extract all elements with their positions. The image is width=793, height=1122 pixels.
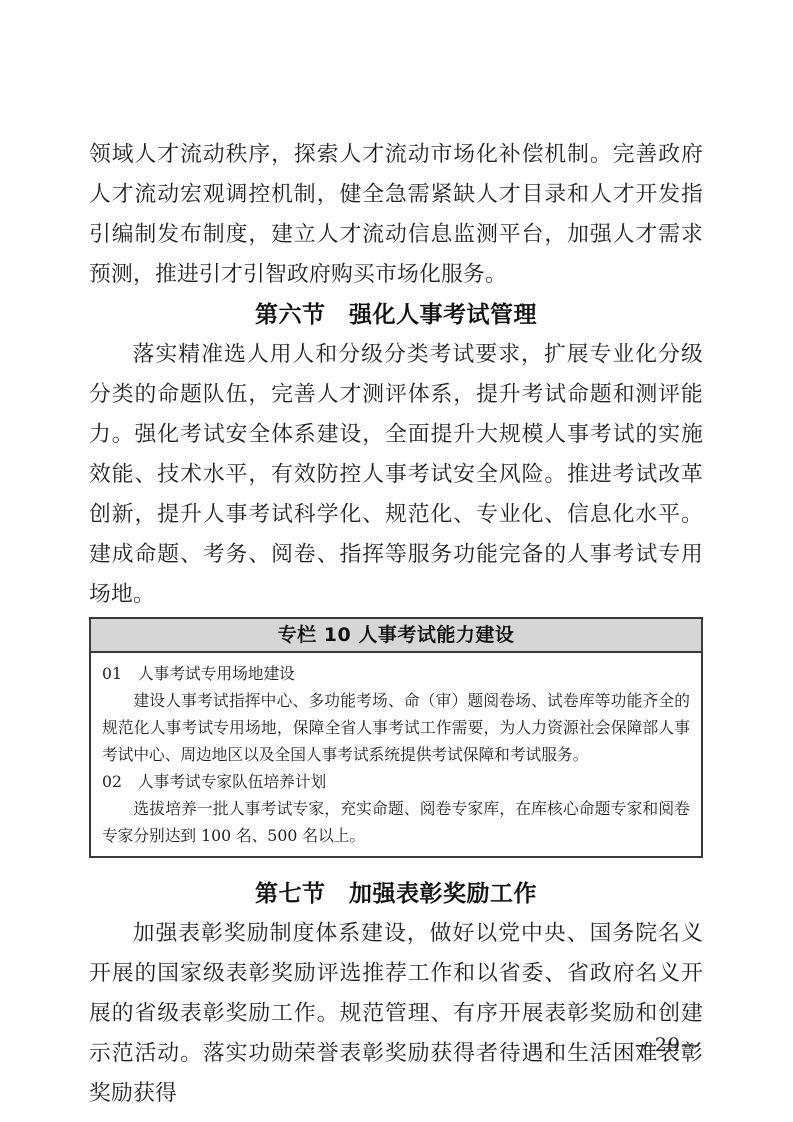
box-item-2-title: 人事考试专家队伍培养计划 bbox=[138, 768, 326, 795]
column-box-body: 01 人事考试专用场地建设 建设人事考试指挥中心、多功能考场、命（审）题阅卷场、… bbox=[91, 653, 701, 856]
paragraph-section7: 加强表彰奖励制度体系建设，做好以党中央、国务院名义开展的国家级表彰奖励评选推荐工… bbox=[89, 914, 703, 1114]
box-item-2-body: 选拔培养一批人事考试专家，充实命题、阅卷专家库，在库核心命题专家和阅卷专家分别达… bbox=[102, 795, 690, 849]
box-item-1-number: 01 bbox=[102, 660, 122, 687]
column-box-10: 专栏 10 人事考试能力建设 01 人事考试专用场地建设 建设人事考试指挥中心、… bbox=[89, 617, 703, 858]
box-item-2-head: 02 人事考试专家队伍培养计划 bbox=[102, 768, 690, 795]
box-item-1: 01 人事考试专用场地建设 建设人事考试指挥中心、多功能考场、命（审）题阅卷场、… bbox=[102, 660, 690, 768]
page-content: 领域人才流动秩序，探索人才流动市场化补偿机制。完善政府人才流动宏观调控机制，健全… bbox=[89, 135, 703, 1114]
column-box-title: 专栏 10 人事考试能力建设 bbox=[91, 619, 701, 653]
paragraph-continued: 领域人才流动秩序，探索人才流动市场化补偿机制。完善政府人才流动宏观调控机制，健全… bbox=[89, 135, 703, 295]
box-item-1-title: 人事考试专用场地建设 bbox=[138, 660, 295, 687]
section-heading-7: 第七节 加强表彰奖励工作 bbox=[89, 874, 703, 914]
box-item-2-number: 02 bbox=[102, 768, 122, 795]
spacer bbox=[89, 858, 703, 874]
box-item-1-body: 建设人事考试指挥中心、多功能考场、命（审）题阅卷场、试卷库等功能齐全的规范化人事… bbox=[102, 687, 690, 768]
box-item-1-head: 01 人事考试专用场地建设 bbox=[102, 660, 690, 687]
paragraph-section6: 落实精准选人用人和分级分类考试要求，扩展专业化分级分类的命题队伍，完善人才测评体… bbox=[89, 335, 703, 615]
box-item-2: 02 人事考试专家队伍培养计划 选拔培养一批人事考试专家，充实命题、阅卷专家库，… bbox=[102, 768, 690, 849]
page-number: —29— bbox=[635, 1034, 701, 1056]
document-page: 领域人才流动秩序，探索人才流动市场化补偿机制。完善政府人才流动宏观调控机制，健全… bbox=[0, 0, 793, 1122]
section-heading-6: 第六节 强化人事考试管理 bbox=[89, 295, 703, 335]
